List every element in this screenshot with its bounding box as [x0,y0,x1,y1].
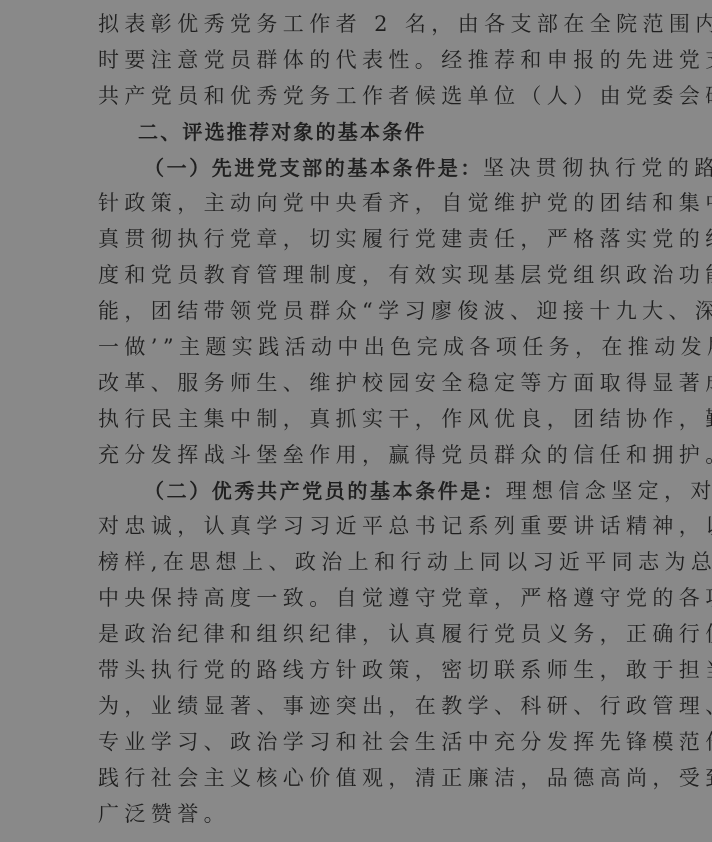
intro-line: 共产党员和优秀党务工作者候选单位（人）由党委会研究决定。 [98,79,638,115]
paragraph-line: 度和党员教育管理制度，有效实现基层党组织政治功能和服务功 [98,258,638,294]
paragraph-line: 为，业绩显著、事迹突出，在教学、科研、行政管理、后勤服务、 [98,689,638,725]
section-heading: 二、评选推荐对象的基本条件 [98,115,638,151]
paragraph-line: 践行社会主义核心价值观，清正廉洁，品德高尚，受到党员群众 [98,761,638,797]
subsection-2-first-text: 理想信念坚定，对党绝 [506,479,712,503]
intro-line: 拟表彰优秀党务工作者 2 名，由各支部在全院范围内推荐。推荐 [98,7,638,43]
paragraph-line: 广泛赞誉。 [98,797,638,833]
paragraph-line: 中央保持高度一致。自觉遵守党章，严格遵守党的各项纪律特别 [98,581,638,617]
paragraph-line: 针政策，主动向党中央看齐，自觉维护党的团结和集中统一。认 [98,186,638,222]
paragraph-line: 专业学习、政治学习和社会生活中充分发挥先锋模范作用。自觉 [98,725,638,761]
intro-line: 时要注意党员群体的代表性。经推荐和申报的先进党支部、优秀 [98,43,638,79]
subsection-1-first-line: （一）先进党支部的基本条件是：坚决贯彻执行党的路线方 [98,151,638,187]
paragraph-line: 充分发挥战斗堡垒作用，赢得党员群众的信任和拥护。 [98,438,638,474]
paragraph-line: 榜样,在思想上、政治上和行动上同以习近平同志为总书记的党 [98,545,638,581]
paragraph-line: 改革、服务师生、维护校园安全稳定等方面取得显著成绩。认真 [98,366,638,402]
paragraph-line: 执行民主集中制，真抓实干，作风优良，团结协作，勤政廉政， [98,402,638,438]
subsection-1-first-text: 坚决贯彻执行党的路线方 [483,156,712,180]
subsection-2-first-line: （二）优秀共产党员的基本条件是：理想信念坚定，对党绝 [98,474,638,510]
paragraph-line: 能，团结带领党员群众“学习廖俊波、迎接十九大、深化‘两学 [98,294,638,330]
document-page: 拟表彰优秀党务工作者 2 名，由各支部在全院范围内推荐。推荐 时要注意党员群体的… [0,0,712,842]
paragraph-line: 带头执行党的路线方针政策，密切联系师生，敢于担当、积极作 [98,653,638,689]
paragraph-line: 真贯彻执行党章，切实履行党建责任，严格落实党的组织生活制 [98,222,638,258]
subsection-1-lead: （一）先进党支部的基本条件是： [144,156,483,180]
paragraph-line: 是政治纪律和组织纪律，认真履行党员义务，正确行使党员权利。 [98,617,638,653]
paragraph-line: 一做’”主题实践活动中出色完成各项任务，在推动发展、深化 [98,330,638,366]
subsection-2-lead: （二）优秀共产党员的基本条件是： [144,479,506,503]
document-body: 拟表彰优秀党务工作者 2 名，由各支部在全院范围内推荐。推荐 时要注意党员群体的… [98,7,638,832]
paragraph-line: 对忠诚，认真学习习近平总书记系列重要讲话精神，以廖俊波为 [98,509,638,545]
